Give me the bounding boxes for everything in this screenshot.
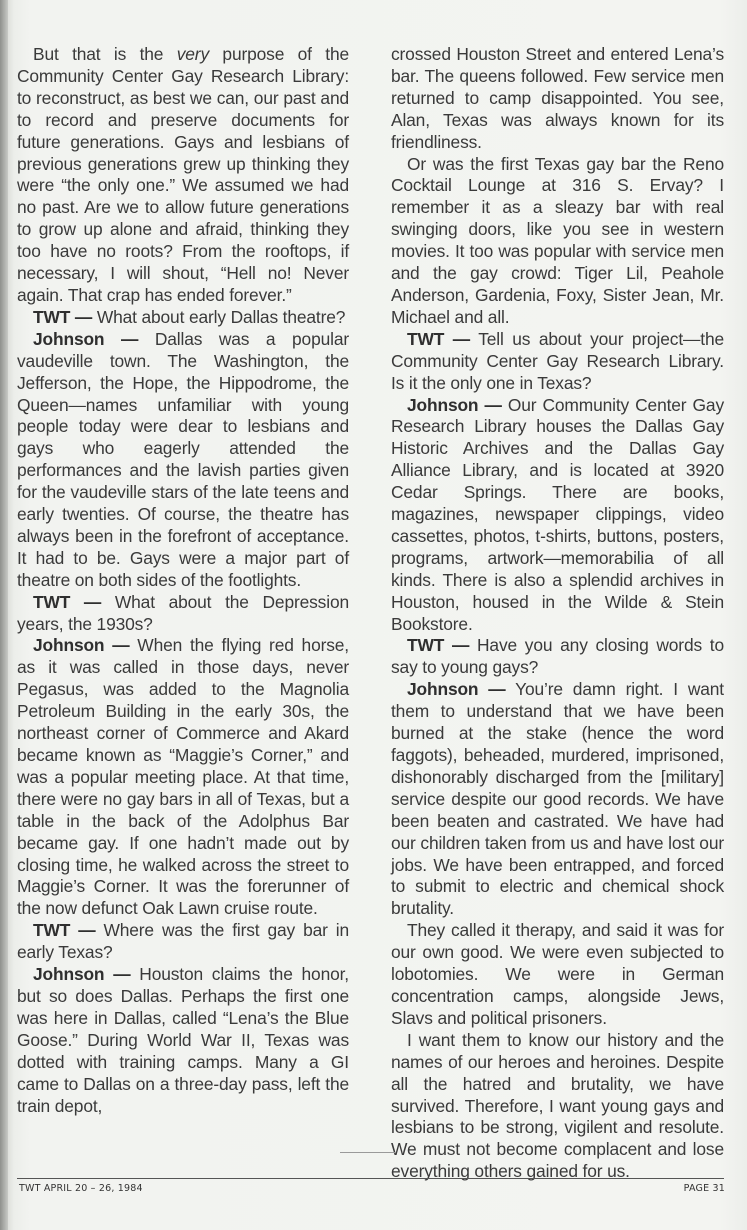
paragraph-text: When the flying red horse, as it was cal… [17, 635, 349, 918]
paragraph-text: Our Community Center Gay Research Librar… [391, 395, 724, 634]
paragraph: TWT — Where was the first gay bar in ear… [17, 920, 349, 964]
paragraph: TWT — Have you any closing words to say … [391, 635, 724, 679]
paragraph: They called it therapy, and said it was … [391, 920, 724, 1030]
speaker-label: Johnson — [407, 395, 502, 415]
paragraph-text: But that is the [33, 44, 177, 64]
footer-rule-right [379, 1178, 724, 1179]
paragraph-text: Or was the first Texas gay bar the Reno … [391, 154, 724, 327]
paragraph-text: Dallas was a popular vaudeville town. Th… [17, 329, 349, 590]
speaker-label: Johnson — [33, 635, 129, 655]
paragraph: TWT — Tell us about your project—the Com… [391, 329, 724, 395]
paragraph: But that is the very purpose of the Comm… [17, 44, 349, 307]
paragraph-text: crossed Houston Street and entered Lena’… [391, 44, 724, 152]
paragraph: I want them to know our history and the … [391, 1030, 724, 1183]
emphasis-text: very [177, 44, 209, 64]
paragraph: TWT — What about the Depression years, t… [17, 592, 349, 636]
paragraph-text: Houston claims the honor, but so does Da… [17, 964, 349, 1115]
page-number: PAGE 31 [684, 1183, 725, 1194]
left-column: But that is the very purpose of the Comm… [17, 44, 349, 1117]
paragraph: TWT — What about early Dallas theatre? [17, 307, 349, 329]
paste-up-line [340, 1152, 395, 1153]
paragraph-text: purpose of the Community Center Gay Rese… [17, 44, 349, 305]
magazine-page: But that is the very purpose of the Comm… [0, 0, 747, 1230]
speaker-label: TWT — [33, 592, 101, 612]
paragraph: Johnson — Our Community Center Gay Resea… [391, 395, 724, 636]
speaker-label: Johnson — [33, 329, 138, 349]
speaker-label: Johnson — [407, 679, 506, 699]
footer-rule-left [17, 1178, 379, 1179]
paragraph: Johnson — You’re damn right. I want them… [391, 679, 724, 920]
speaker-label: Johnson — [33, 964, 130, 984]
right-column: crossed Houston Street and entered Lena’… [391, 44, 724, 1183]
speaker-label: TWT — [33, 920, 95, 940]
paragraph: Johnson — Houston claims the honor, but … [17, 964, 349, 1117]
paragraph: crossed Houston Street and entered Lena’… [391, 44, 724, 154]
paragraph-text: I want them to know our history and the … [391, 1030, 724, 1181]
paragraph-text: What about early Dallas theatre? [92, 307, 345, 327]
speaker-label: TWT — [33, 307, 92, 327]
binding-shadow [0, 0, 8, 1230]
paragraph: Johnson — When the flying red horse, as … [17, 635, 349, 920]
issue-date: TWT APRIL 20 – 26, 1984 [19, 1183, 143, 1194]
paragraph-text: You’re damn right. I want them to unders… [391, 679, 724, 918]
paragraph: Or was the first Texas gay bar the Reno … [391, 154, 724, 329]
paragraph-text: They called it therapy, and said it was … [391, 920, 724, 1028]
speaker-label: TWT — [407, 635, 469, 655]
speaker-label: TWT — [407, 329, 470, 349]
paragraph: Johnson — Dallas was a popular vaudevill… [17, 329, 349, 592]
